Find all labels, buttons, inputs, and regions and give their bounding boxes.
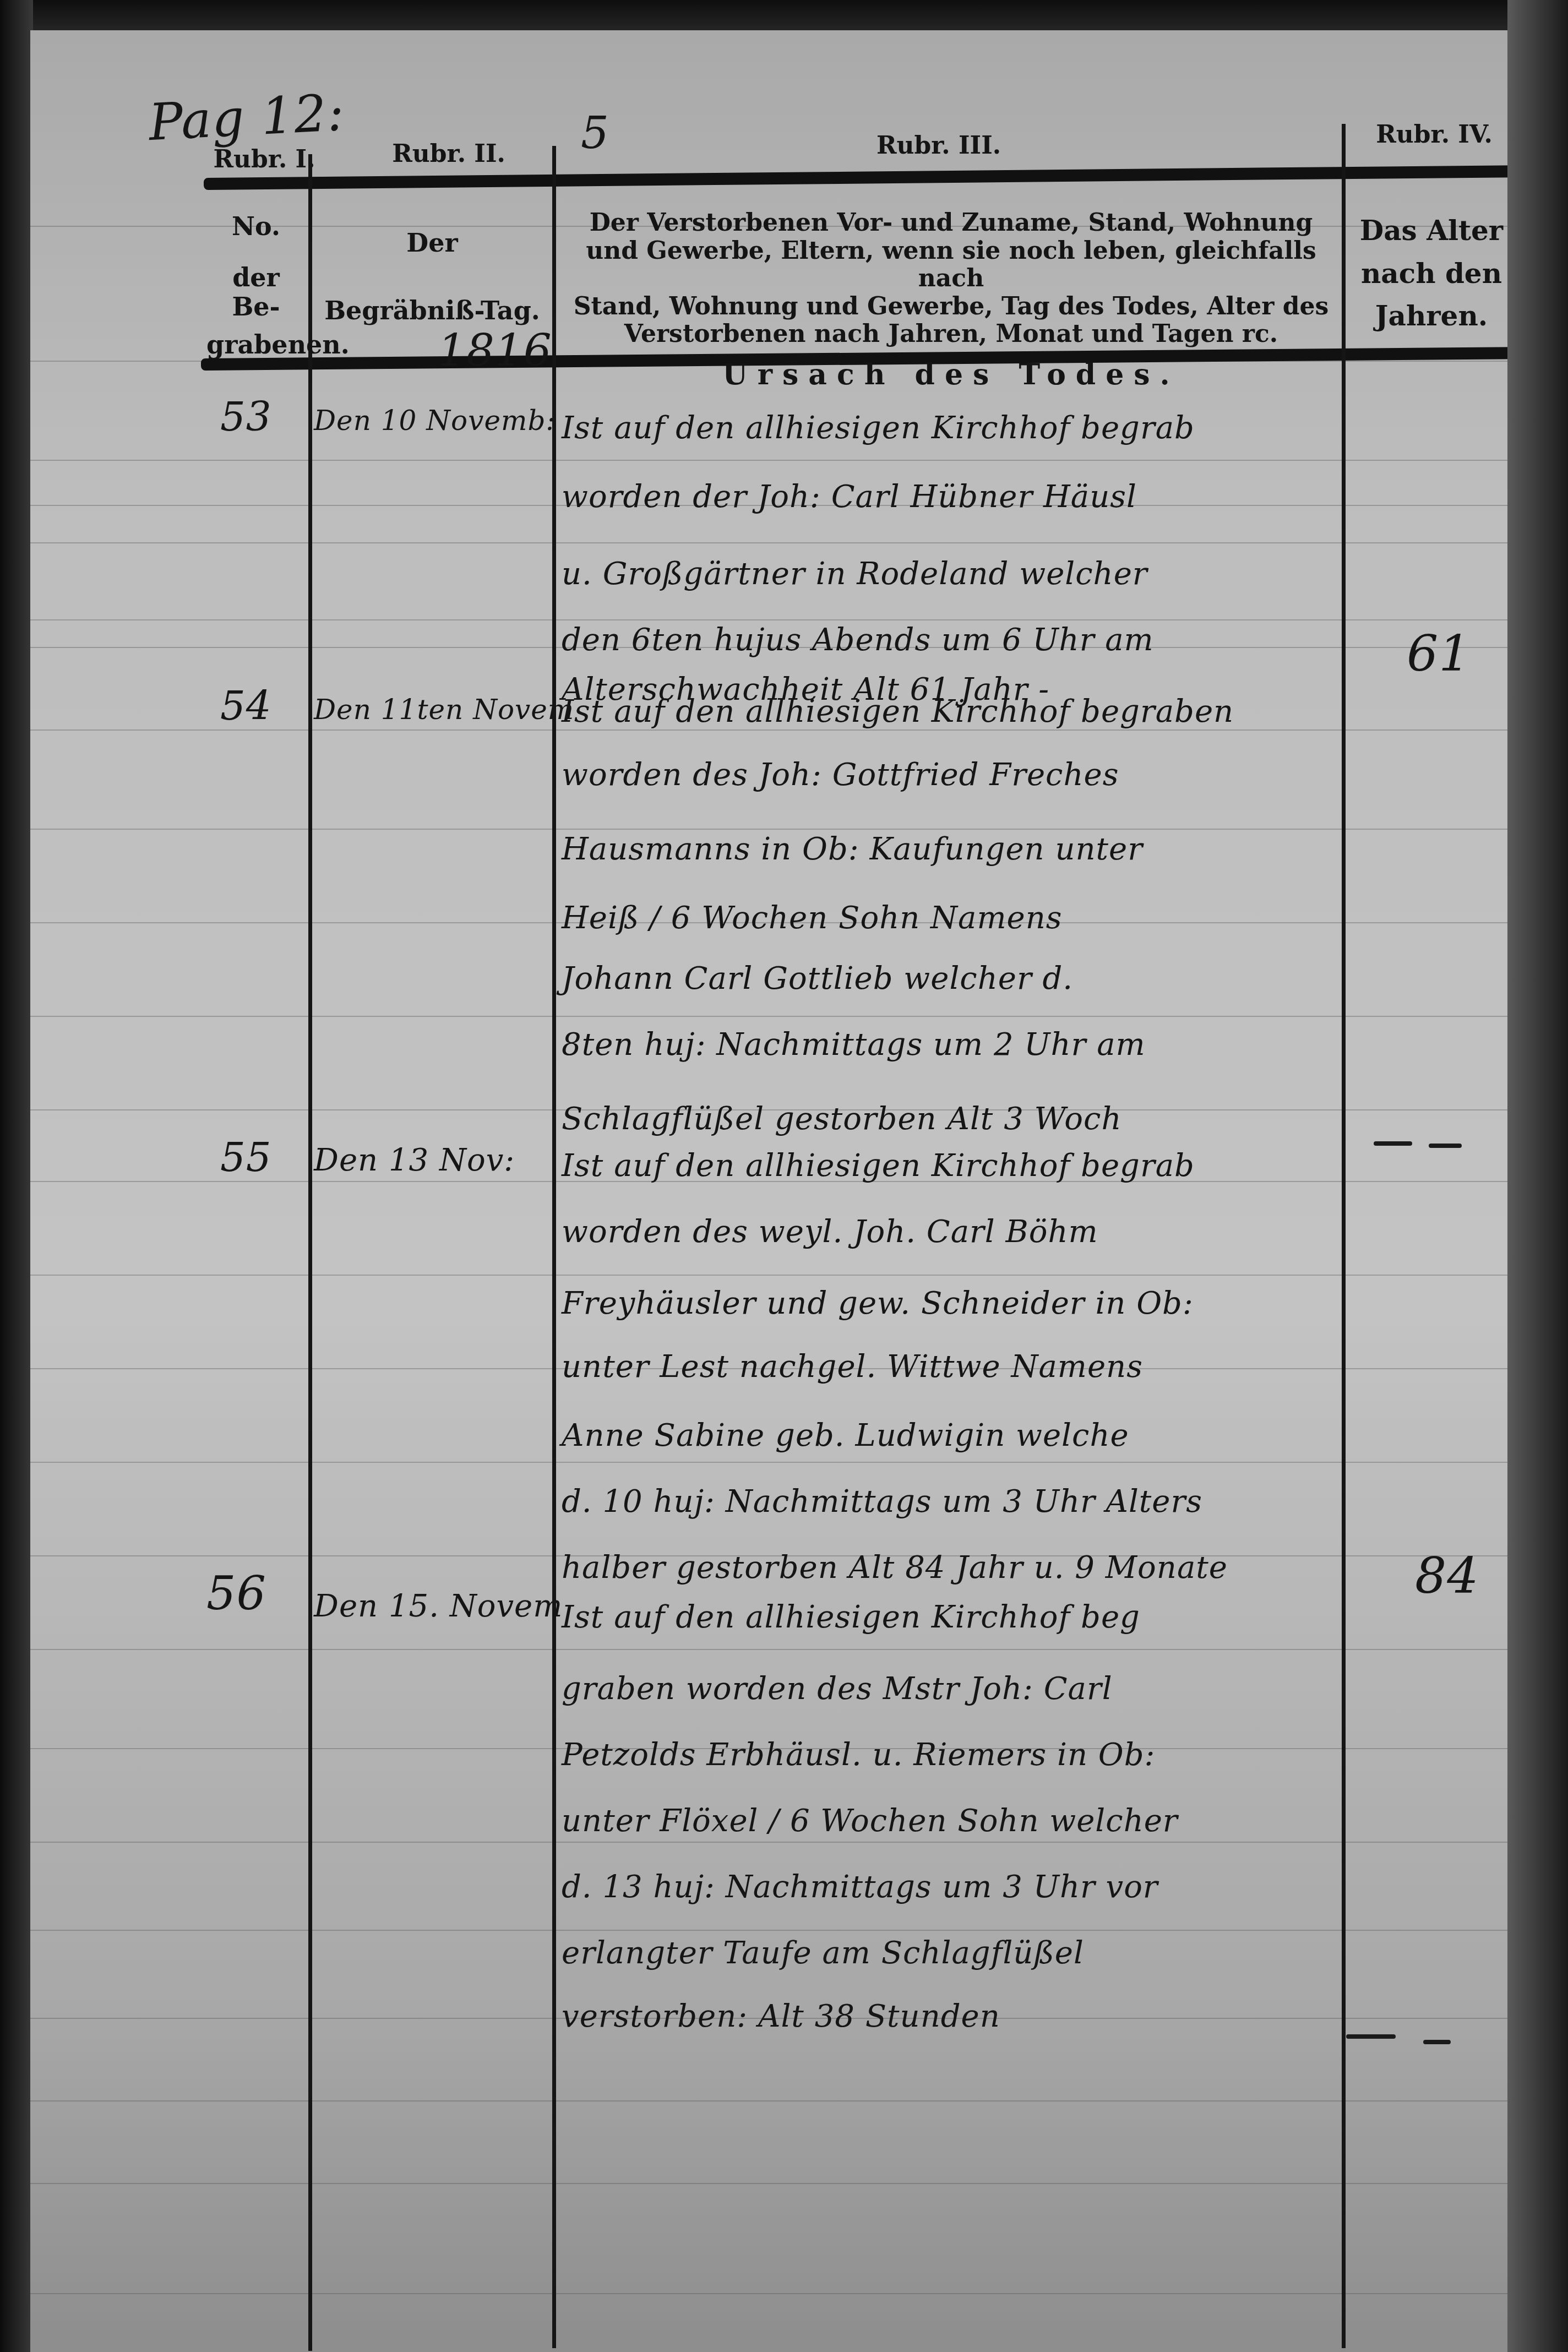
age-years: 84 [1415,1547,1479,1605]
register-page: Pag 12: 5 Rubr. I. Rubr. II. Rubr. III. … [30,30,1511,2352]
age-dash [1423,2040,1451,2044]
cause-of-death-heading: Ursach des Todes. [567,358,1335,391]
burial-date: Den 13 Nov: [314,1142,515,1178]
rubric-3: Rubr. III. [746,132,1131,160]
burial-date: Den 11ten Novem [314,694,574,726]
header-col3: Der Verstorbenen Vor- und Zuname, Stand,… [567,209,1335,391]
rubric-1: Rubr. I. [209,146,319,174]
age-dash [1374,1141,1412,1146]
rubric-2: Rubr. II. [344,140,553,168]
header-col4: Das Alter nach den Jahren. [1349,215,1514,332]
entry-number: 54 [220,683,272,729]
margin-mark: 5 [581,107,609,159]
column-divider-2 [552,146,556,2348]
column-divider-3 [1342,124,1346,2348]
rubric-4: Rubr. IV. [1352,121,1517,149]
column-divider-1 [308,154,312,2351]
scan-frame-left [0,0,33,2352]
page-number: Pag 12: [147,83,346,152]
header-col2: Der Begräbniß-Tag. [314,228,551,325]
scan-frame-right [1507,0,1568,2352]
header-col1: No. der Be- grabenen. [206,212,306,360]
entry-number: 53 [220,394,272,440]
age-years: 61 [1407,625,1471,683]
age-dash [1346,2034,1396,2039]
year: 1816 [438,325,552,376]
entry-number: 56 [206,1566,266,1620]
entry-number: 55 [220,1134,272,1180]
burial-date: Den 15. Novem [314,1588,563,1624]
burial-date: Den 10 Novemb: [314,405,556,437]
age-dash [1429,1144,1462,1148]
